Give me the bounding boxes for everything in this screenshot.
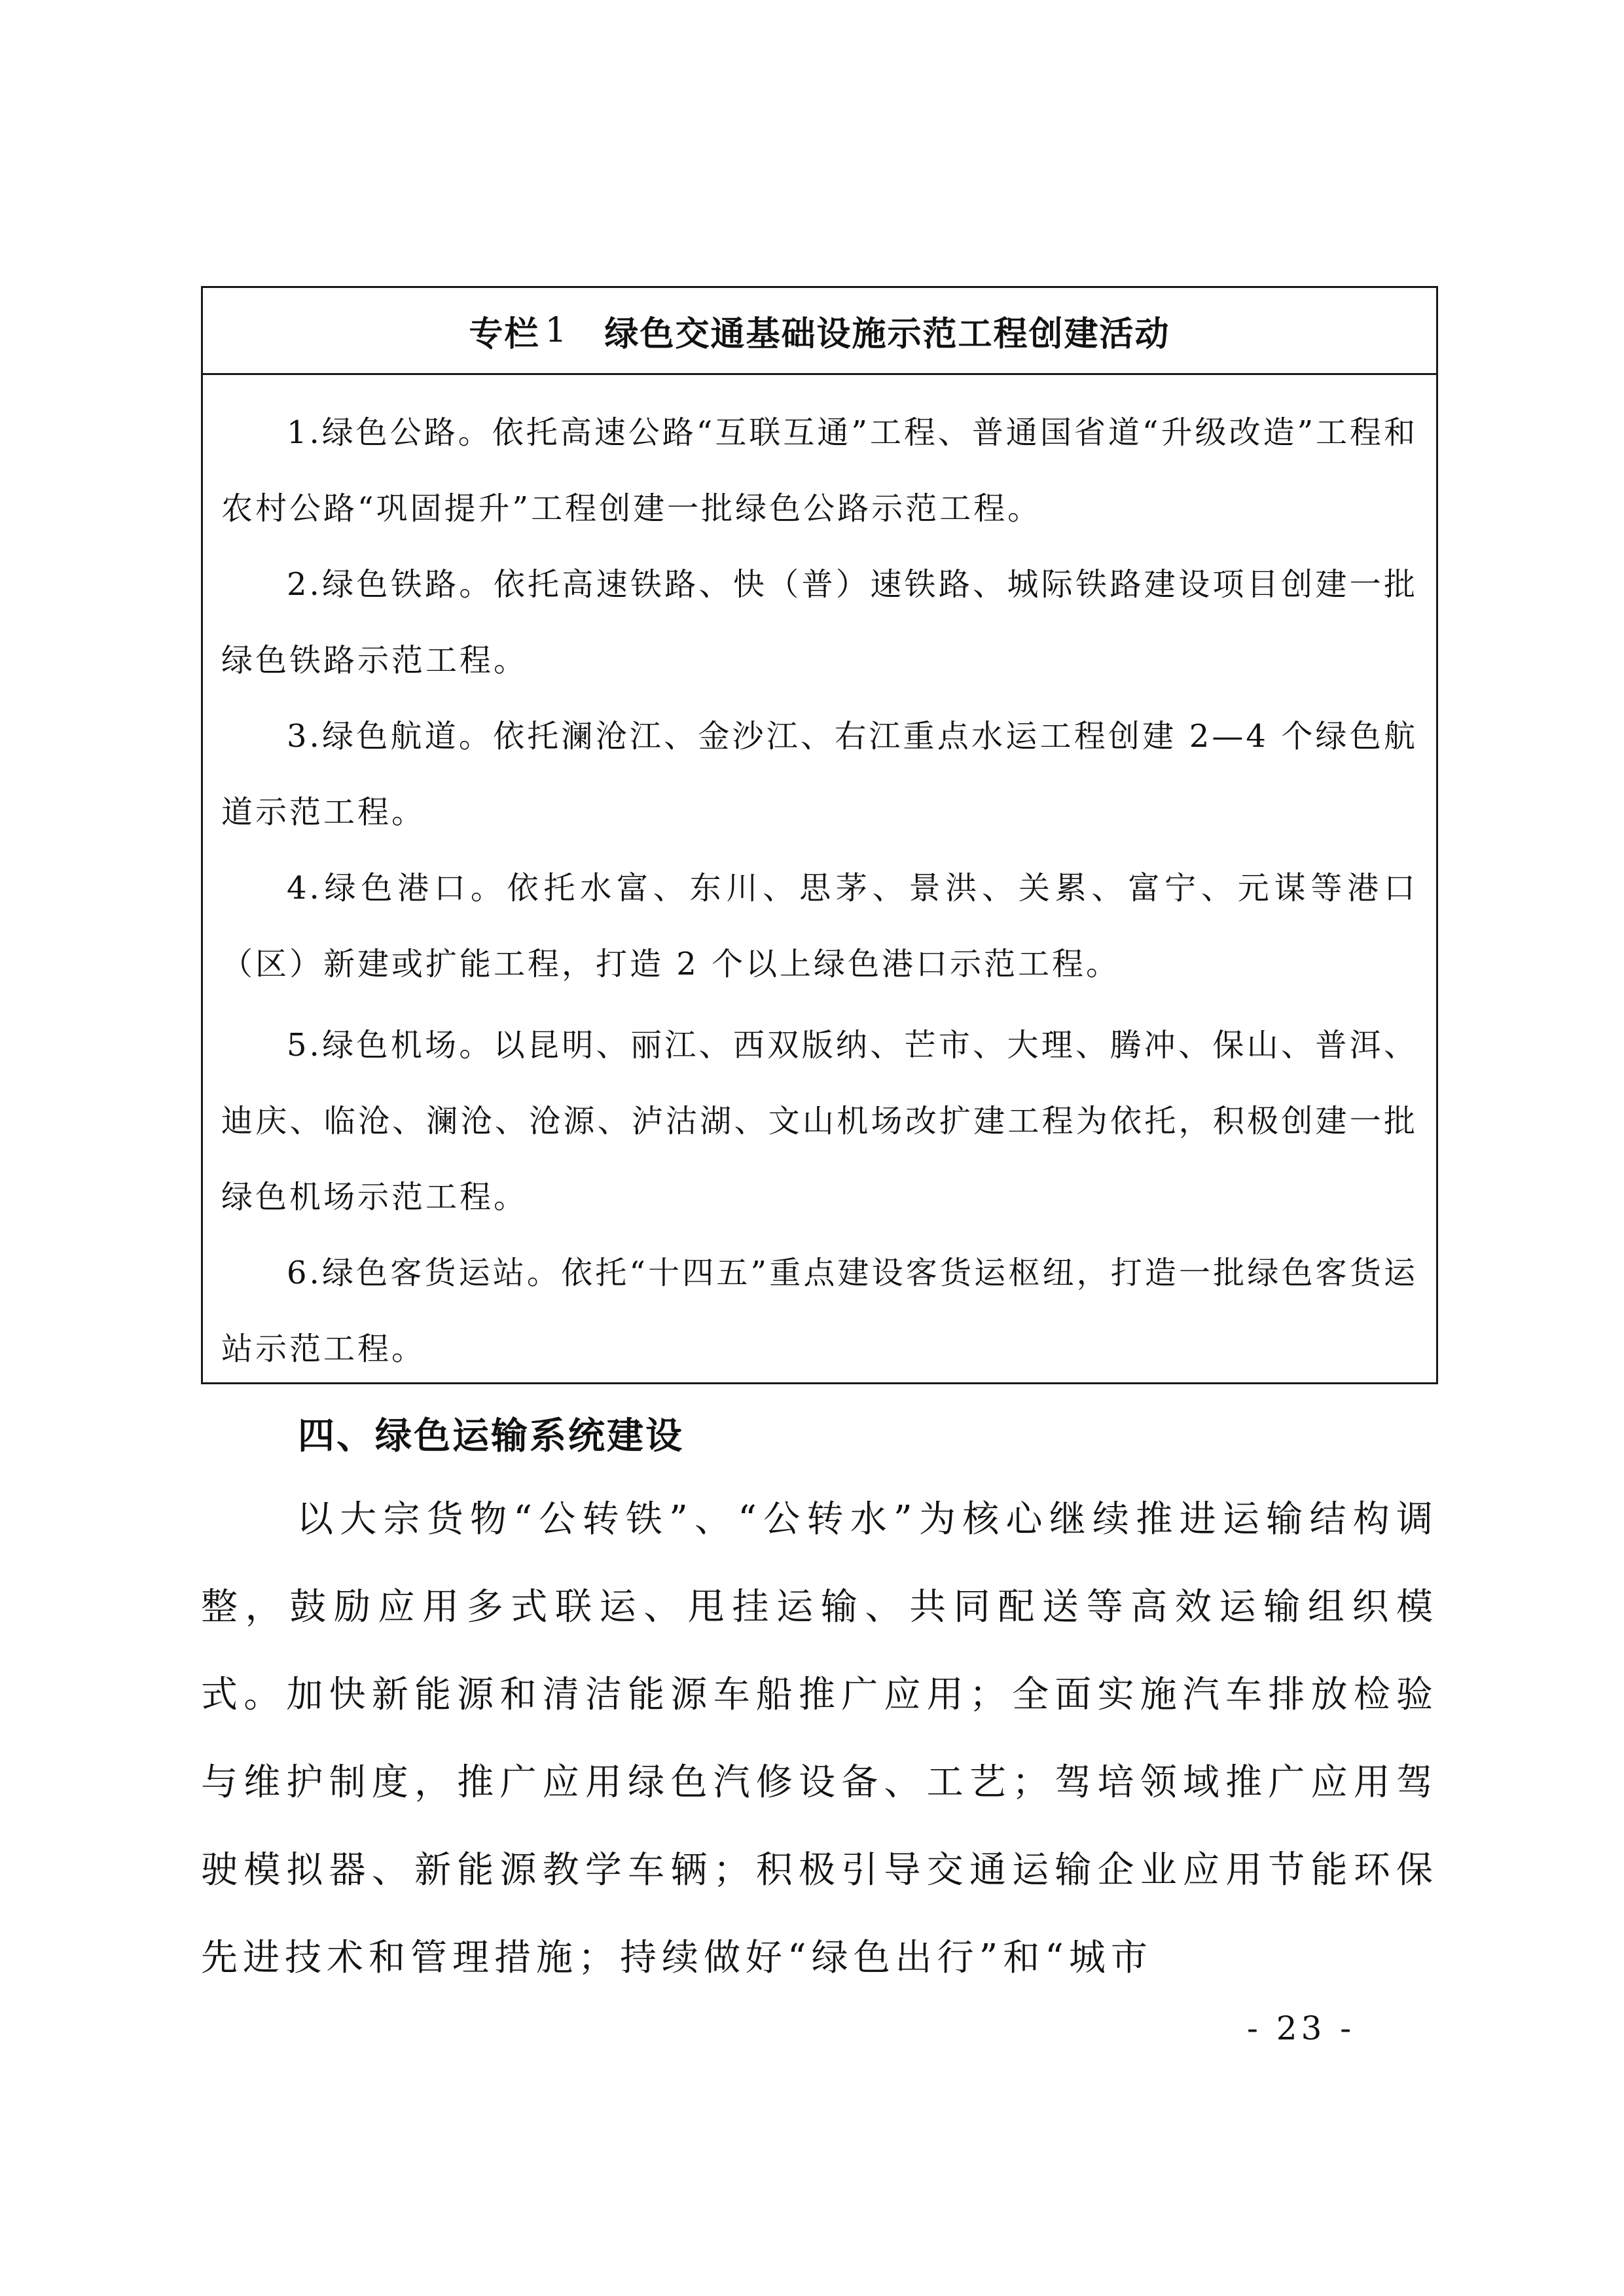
- list-item-green-highway: 1.绿色公路。依托高速公路“互联互通”工程、普通国省道“升级改造”工程和农村公路…: [221, 395, 1418, 547]
- list-item-green-waterway: 3.绿色航道。依托澜沧江、金沙江、右江重点水运工程创建 2—4 个绿色航道示范工…: [221, 698, 1418, 850]
- document-page: 专栏 1 绿色交通基础设施示范工程创建活动 1.绿色公路。依托高速公路“互联互通…: [0, 0, 1624, 2296]
- column-box-header: 专栏 1 绿色交通基础设施示范工程创建活动: [203, 288, 1436, 375]
- page-number: - 23 -: [1247, 2009, 1355, 2047]
- column-box: 专栏 1 绿色交通基础设施示范工程创建活动 1.绿色公路。依托高速公路“互联互通…: [201, 286, 1438, 1384]
- section-heading: 四、绿色运输系统建设: [298, 1407, 684, 1460]
- column-label: 专栏: [469, 306, 539, 355]
- list-item-green-railway: 2.绿色铁路。依托高速铁路、快（普）速铁路、城际铁路建设项目创建一批绿色铁路示范…: [221, 547, 1418, 698]
- list-item-green-airport: 5.绿色机场。以昆明、丽江、西双版纳、芒市、大理、腾冲、保山、普洱、迪庆、临沧、…: [221, 1007, 1418, 1235]
- list-item-green-port: 4.绿色港口。依托水富、东川、思茅、景洪、关累、富宁、元谋等港口（区）新建或扩能…: [221, 850, 1418, 1002]
- column-title: 绿色交通基础设施示范工程创建活动: [605, 306, 1170, 355]
- column-box-body: 1.绿色公路。依托高速公路“互联互通”工程、普通国省道“升级改造”工程和农村公路…: [203, 375, 1436, 1387]
- list-item-green-station: 6.绿色客货运站。依托“十四五”重点建设客货运枢纽，打造一批绿色客货运站示范工程…: [221, 1235, 1418, 1387]
- body-paragraph: 以大宗货物“公转铁”、“公转水”为核心继续推进运输结构调整，鼓励应用多式联运、甩…: [201, 1476, 1438, 2002]
- column-number: 1: [545, 311, 568, 350]
